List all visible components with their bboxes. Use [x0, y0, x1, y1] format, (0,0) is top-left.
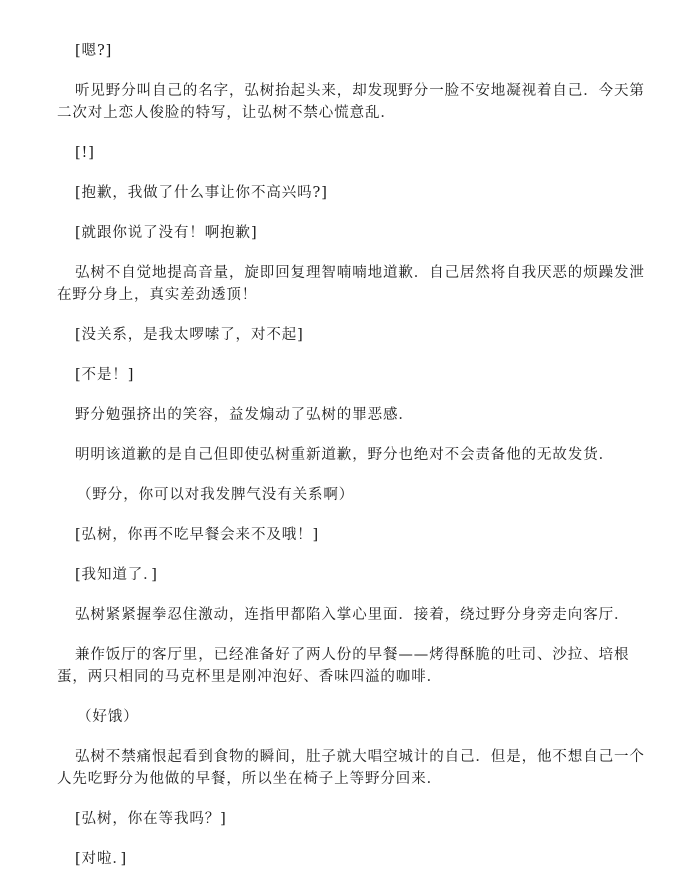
dialogue-line: [!]	[57, 142, 657, 164]
narration-paragraph: 兼作饭厅的客厅里，已经准备好了两人份的早餐——烤得酥脆的吐司、沙拉、培根蛋，两只…	[57, 644, 657, 688]
dialogue-line: [不是！]	[57, 364, 657, 386]
narration-paragraph: 听见野分叫自己的名字，弘树抬起头来，却发现野分一脸不安地凝视着自己．今天第二次对…	[57, 80, 657, 124]
dialogue-line: [弘树，你在等我吗？]	[57, 808, 657, 830]
narration-paragraph: 弘树紧紧握拳忍住激动，连指甲都陷入掌心里面．接着，绕过野分身旁走向客厅．	[57, 604, 657, 626]
narration-paragraph: 弘树不禁痛恨起看到食物的瞬间，肚子就大唱空城计的自己．但是，他不想自己一个人先吃…	[57, 746, 657, 790]
thought-line: （野分，你可以对我发脾气没有关系啊）	[57, 484, 657, 506]
dialogue-line: [我知道了．]	[57, 564, 657, 586]
dialogue-line: [嗯?]	[57, 40, 657, 62]
dialogue-line: [就跟你说了没有！啊抱歉]	[57, 222, 657, 244]
narration-paragraph: 弘树不自觉地提高音量，旋即回复理智喃喃地道歉．自己居然将自我厌恶的烦躁发泄在野分…	[57, 262, 657, 306]
narration-paragraph: 明明该道歉的是自己但即使弘树重新道歉，野分也绝对不会责备他的无故发货．	[57, 444, 657, 466]
document-page: [嗯?] 听见野分叫自己的名字，弘树抬起头来，却发现野分一脸不安地凝视着自己．今…	[57, 40, 657, 880]
dialogue-line: [没关系，是我太啰嗦了，对不起]	[57, 324, 657, 346]
narration-paragraph: 野分勉强挤出的笑容，益发煽动了弘树的罪恶感．	[57, 404, 657, 426]
thought-line: （好饿）	[57, 706, 657, 728]
dialogue-line: [抱歉，我做了什么事让你不高兴吗?]	[57, 182, 657, 204]
dialogue-line: [对啦．]	[57, 848, 657, 870]
dialogue-line: [弘树，你再不吃早餐会来不及哦！]	[57, 524, 657, 546]
